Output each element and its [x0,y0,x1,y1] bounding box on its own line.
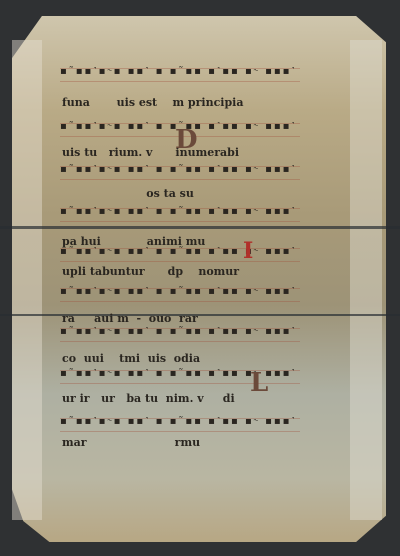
fold-tear [0,226,400,229]
chant-text-line: mar rmu [62,436,302,449]
decorated-initial: D [175,125,198,155]
neume-notation: ▪˜▪▪˺▪˞▪ ▪▪˺ ▪ ▪˜▪▪ ▪˺▪▪ ▪˞ ▪▪▪˺ ▪ ▪▪˞ [60,326,300,337]
neume-notation: ▪˜▪▪˺▪˞▪ ▪▪˺ ▪ ▪˜▪▪ ▪˺▪▪ ▪˞ ▪▪▪˺ ▪ ▪▪˞ [60,206,300,217]
decorated-initial: L [250,368,268,398]
chant-text-line: co uui tmi uis odia [62,352,302,365]
neume-notation: ▪˜▪▪˺▪˞▪ ▪▪˺ ▪ ▪˜▪▪ ▪˺▪▪ ▪˞ ▪▪▪˺ ▪ ▪▪˞ [60,164,300,175]
chant-text-line: os ta su [62,187,302,200]
rubric-initial: I [243,238,253,264]
chant-text-line: pa hui animi mu [62,235,302,248]
right-margin [350,40,382,520]
manuscript-leaf [12,16,386,542]
chant-text-line: funa uis est m principia [62,96,302,109]
chant-text-line: upli tabuntur dp nomur [62,265,302,278]
neume-notation: ▪˜▪▪˺▪˞▪ ▪▪˺ ▪ ▪˜▪▪ ▪˺▪▪ ▪˞ ▪▪▪˺ ▪ ▪▪˞ [60,66,300,77]
neume-notation: ▪˜▪▪˺▪˞▪ ▪▪˺ ▪ ▪˜▪▪ ▪˺▪▪ ▪˞ ▪▪▪˺ ▪ ▪▪˞ [60,416,300,427]
left-margin [12,40,42,520]
neume-notation: ▪˜▪▪˺▪˞▪ ▪▪˺ ▪ ▪˜▪▪ ▪˺▪▪ ▪˞ ▪▪▪˺ ▪ ▪▪˞ [60,286,300,297]
chant-text-line: ra aui m - ouo rar [62,312,302,325]
